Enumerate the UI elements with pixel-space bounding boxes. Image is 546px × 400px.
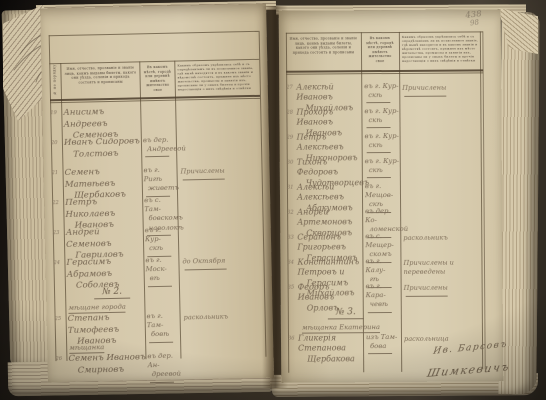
- row-number: 25: [55, 316, 65, 322]
- section-number: № 2.: [94, 287, 130, 300]
- note-text: до Октября: [182, 256, 260, 276]
- residence-text: въ г. Ригѣживетъ: [143, 166, 178, 197]
- header-cell-residence: Въ какомъ мѣстѣ, городѣ или деревнѣ имѣю…: [140, 63, 175, 98]
- table-row: 31Алексѣй АлексѣевъАбакумовъвъ г. Мещов-…: [287, 181, 483, 206]
- table-row: 28Прохоръ ИвановъИвановъвъ г. Кур-скѣ: [286, 106, 482, 131]
- residence-text: въ г. Моск-вѣ: [145, 256, 180, 287]
- row-number: 34: [287, 260, 297, 266]
- row-number: 29: [287, 135, 297, 141]
- section-heading: № 3.: [288, 306, 484, 321]
- residence-text: въ г. Кур-скѣ: [365, 157, 401, 179]
- register-right-page: Имя, отчество, прозваніе и званіе лицъ, …: [279, 9, 504, 383]
- note-text: Причислены: [180, 166, 258, 186]
- table-row: 33Серапіонъ ГригорьевъГерасимовъвъ с. Ме…: [287, 231, 483, 256]
- header-cell-number: № по порядку: [49, 63, 61, 99]
- subheading: мѣщанка Екатерина: [288, 322, 484, 332]
- table-row: 22Петръ НиколаевъИвановъвъ с. Там-бовско…: [52, 194, 263, 226]
- row-number: 32: [287, 210, 297, 216]
- residence-text: въ г. Кур-скѣ: [364, 107, 400, 129]
- header-cell-note: Какимъ образомъ укрѣпились себѣ и съ опр…: [400, 32, 482, 69]
- row-number: 31: [287, 185, 297, 191]
- section-number: № 3.: [328, 307, 364, 319]
- table-row: 23Андрей СеменовъГавриловъвъ г. Кур-скѣ: [53, 224, 264, 256]
- photo-of-open-register-book: № по порядку Имя, отчество, прозваніе и …: [0, 0, 546, 400]
- note-text: Причислены и переведены: [403, 258, 483, 277]
- row-number: 21: [51, 170, 61, 176]
- table-row: 21Семенъ МатвѣевъЩербаковъвъ г. Ригѣживе…: [51, 164, 262, 196]
- pencil-folio-number: 438 98: [465, 10, 483, 29]
- left-page-entries: 19Анисимъ АндреевъСеменовъ20Иванъ Сидоро…: [50, 104, 266, 384]
- person-name: Гликерія СтепановаЩербакова: [298, 333, 364, 365]
- table-row: 29Петръ АлексѣевъНиконоровъвъ г. Кур-скѣ: [287, 131, 483, 156]
- page-stack-right-edge: [498, 12, 539, 394]
- subheading-label: мѣщане города: [68, 303, 126, 314]
- header-cell-name: Имя, отчество, прозваніе и званіе лицъ, …: [61, 63, 140, 99]
- subheading-label: мѣщанка: [69, 343, 104, 353]
- table-row: 27Алексѣй ИвановъМихайловъвъ г. Кур-скѣП…: [286, 81, 482, 106]
- table-row: 26Семенъ ИвановъСмирновъвъ дер. Ан-дреев…: [55, 350, 266, 382]
- residence-text: въ г. Кур-скѣ: [364, 82, 400, 104]
- note-text: раскольникъ: [403, 233, 483, 243]
- row-number: 24: [53, 260, 63, 266]
- row-number: 28: [286, 110, 296, 116]
- row-number: 30: [287, 160, 297, 166]
- table-top-rule: [49, 31, 259, 36]
- section-heading: № 2.: [54, 284, 264, 302]
- residence-text: изъ Там-бова: [366, 333, 402, 355]
- row-number: 26: [55, 356, 65, 362]
- header-cell-residence: Въ какомъ мѣстѣ, городѣ или деревнѣ имѣю…: [362, 34, 398, 68]
- table-row: 20Иванъ СидоровъТолстовъвъ дер.Андреевой: [51, 134, 262, 166]
- row-number: 22: [52, 200, 62, 206]
- header-cell-note: Какимъ образомъ укрѣпились себѣ и съ опр…: [175, 60, 260, 98]
- table-row: 24Герасимъ АбрамовъСоболевъвъ г. Моск-вѣ…: [53, 254, 264, 286]
- residence-text: въ г. Кур-скѣ: [365, 132, 401, 154]
- person-name: Семенъ ИвановъСмирновъ: [68, 352, 148, 377]
- residence-text: въ г. Кур-скѣ: [145, 226, 180, 257]
- right-page-entries: 27Алексѣй ИвановъМихайловъвъ г. Кур-скѣП…: [286, 81, 484, 358]
- row-number: 35: [288, 285, 298, 291]
- row-number: 23: [53, 230, 63, 236]
- header-cell-name: Имя, отчество, прозваніе и званіе лицъ, …: [287, 34, 360, 69]
- table-row: 25Степанъ ТимофеевъИвановъвъ г. Там-бовѣ…: [55, 310, 266, 342]
- row-number: 20: [51, 140, 61, 146]
- header-number-label: № по порядку: [53, 64, 58, 95]
- register-left-page: № по порядку Имя, отчество, прозваніе и …: [40, 4, 274, 383]
- row-number: 33: [287, 235, 297, 241]
- note-text: раскольникъ: [184, 312, 262, 323]
- residence-text: въ дер. Ан-дреевой: [147, 352, 182, 383]
- residence-text: въ г. Там-бовѣ: [146, 312, 181, 343]
- table-row: 19Анисимъ АндреевъСеменовъ: [50, 104, 261, 136]
- row-number: 19: [50, 110, 60, 116]
- note-text: Причислены: [402, 83, 482, 102]
- row-number: 36: [288, 336, 298, 342]
- table-row: 34Константинъ Петровъ иГерасимъ Михайлов…: [287, 256, 483, 281]
- table-row: 30Тихонъ ФедоровъЧудотворцевъвъ г. Кур-с…: [287, 156, 483, 181]
- table-row: 32Андрей АртемоновъСкворцовъвъ дер. Ко-л…: [287, 206, 483, 231]
- table-row: 35Федоръ ИвановъОрловъвъ г. Кара-чевѣПри…: [288, 281, 484, 306]
- subheading-label: мѣщанка Екатерина: [302, 323, 380, 333]
- book: № по порядку Имя, отчество, прозваніе и …: [0, 0, 546, 400]
- residence-text: въ дер.Андреевой: [143, 136, 177, 158]
- note-text: Причислены: [404, 283, 484, 302]
- person-name: Иванъ СидоровъТолстовъ: [64, 136, 144, 161]
- header-bottom-rule-2: [286, 72, 483, 74]
- official-signature-2: Шимкевичъ: [426, 360, 511, 380]
- row-number: 27: [286, 85, 296, 91]
